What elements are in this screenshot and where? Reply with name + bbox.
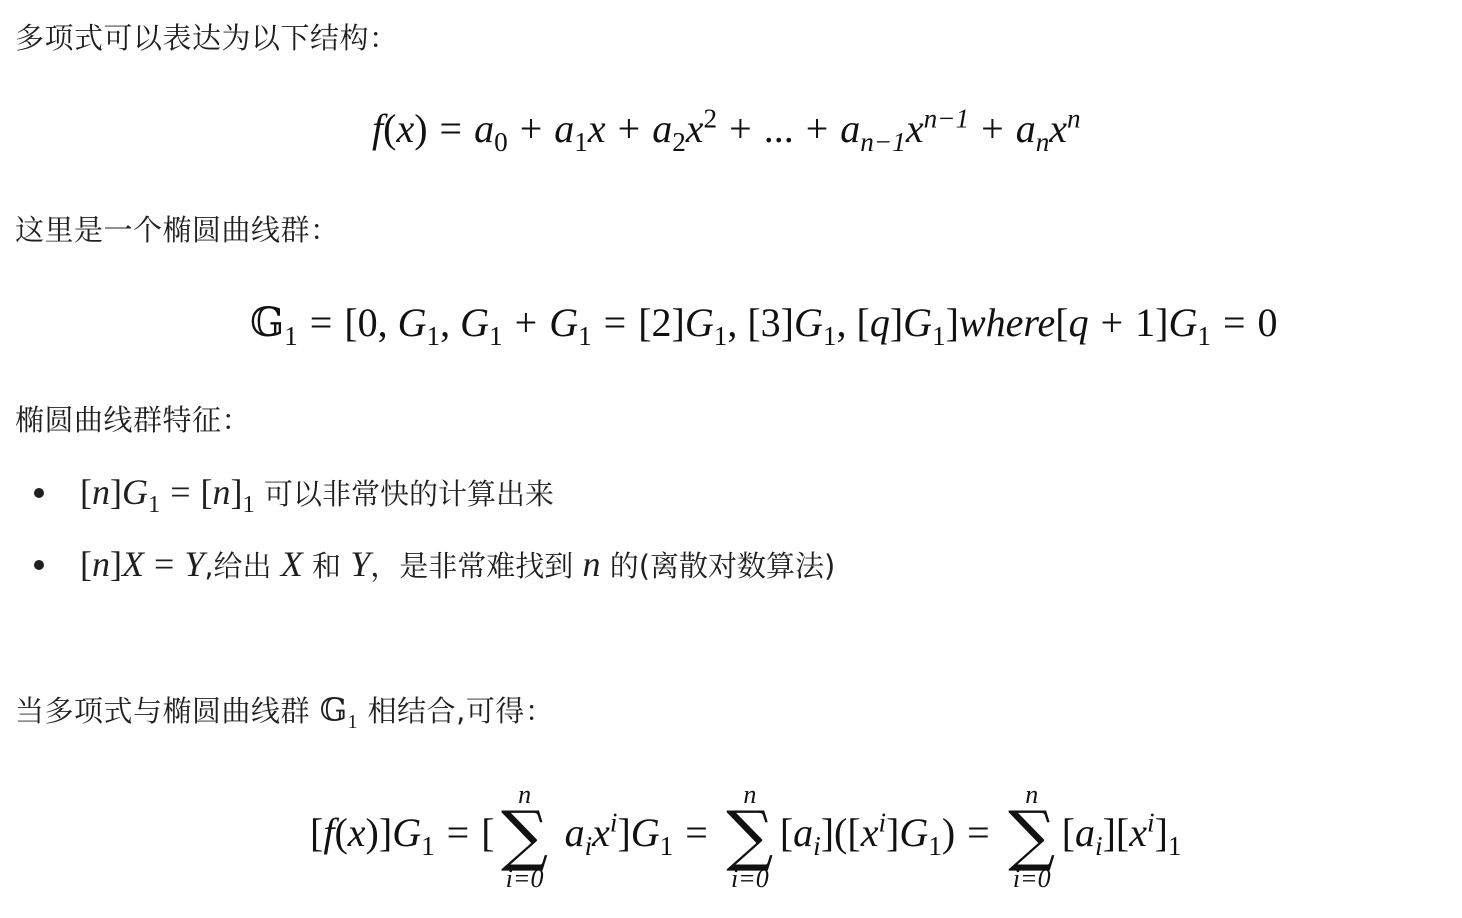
ellipsis: ... <box>764 106 794 151</box>
bullet-icon <box>34 560 44 570</box>
inline-math: [n]X=Y <box>80 544 204 584</box>
bullet-icon <box>34 488 44 498</box>
intro-text-polynomial: 多项式可以表达为以下结构： <box>15 18 399 58</box>
paragraph-text: 相结合,可得： <box>368 694 555 728</box>
paragraph-text: 多项式可以表达为以下结构： <box>15 21 399 55</box>
list-item-text: ,给出 <box>204 549 271 583</box>
list-item-text: 的(离散对数算法) <box>610 549 836 583</box>
var-x: X <box>281 544 303 584</box>
inline-math: [n]G1=[n]1 <box>80 472 255 512</box>
summation: n∑i=0 <box>497 782 553 892</box>
paragraph-text: 当多项式与椭圆曲线群 <box>15 694 310 728</box>
commitment-equation: [f(x)]G1=[n∑i=0 aixi]G1=n∑i=0[ai]([xi]G1… <box>310 778 1182 892</box>
list-item-text: 可以非常快的计算出来 <box>264 477 554 511</box>
var-y: Y <box>350 544 370 584</box>
paragraph-text: 这里是一个椭圆曲线群： <box>15 213 340 247</box>
list-item-text: ，是非常难找到 <box>370 549 573 583</box>
list-item-text: 和 <box>312 549 341 583</box>
summation: n∑i=0 <box>722 782 778 892</box>
paragraph-text: 椭圆曲线群特征： <box>15 403 251 437</box>
group-symbol-subscript: 1 <box>348 711 358 733</box>
elliptic-group-equation: 𝔾1=[0, G1, G1+G1=[2]G1, [3]G1, [q]G1]whe… <box>250 298 1278 348</box>
summation: n∑i=0 <box>1004 782 1060 892</box>
var-n: n <box>583 544 601 584</box>
where-keyword: where <box>959 300 1055 345</box>
combination-text: 当多项式与椭圆曲线群 𝔾1 相结合,可得： <box>15 690 554 731</box>
intro-text-elliptic-group: 这里是一个椭圆曲线群： <box>15 210 340 250</box>
elliptic-group-features-heading: 椭圆曲线群特征： <box>15 400 251 440</box>
group-symbol: 𝔾 <box>320 691 348 729</box>
polynomial-equation: f(x)=a0+a1x+a2x2+...+an−1xn−1+anxn <box>372 104 1081 154</box>
